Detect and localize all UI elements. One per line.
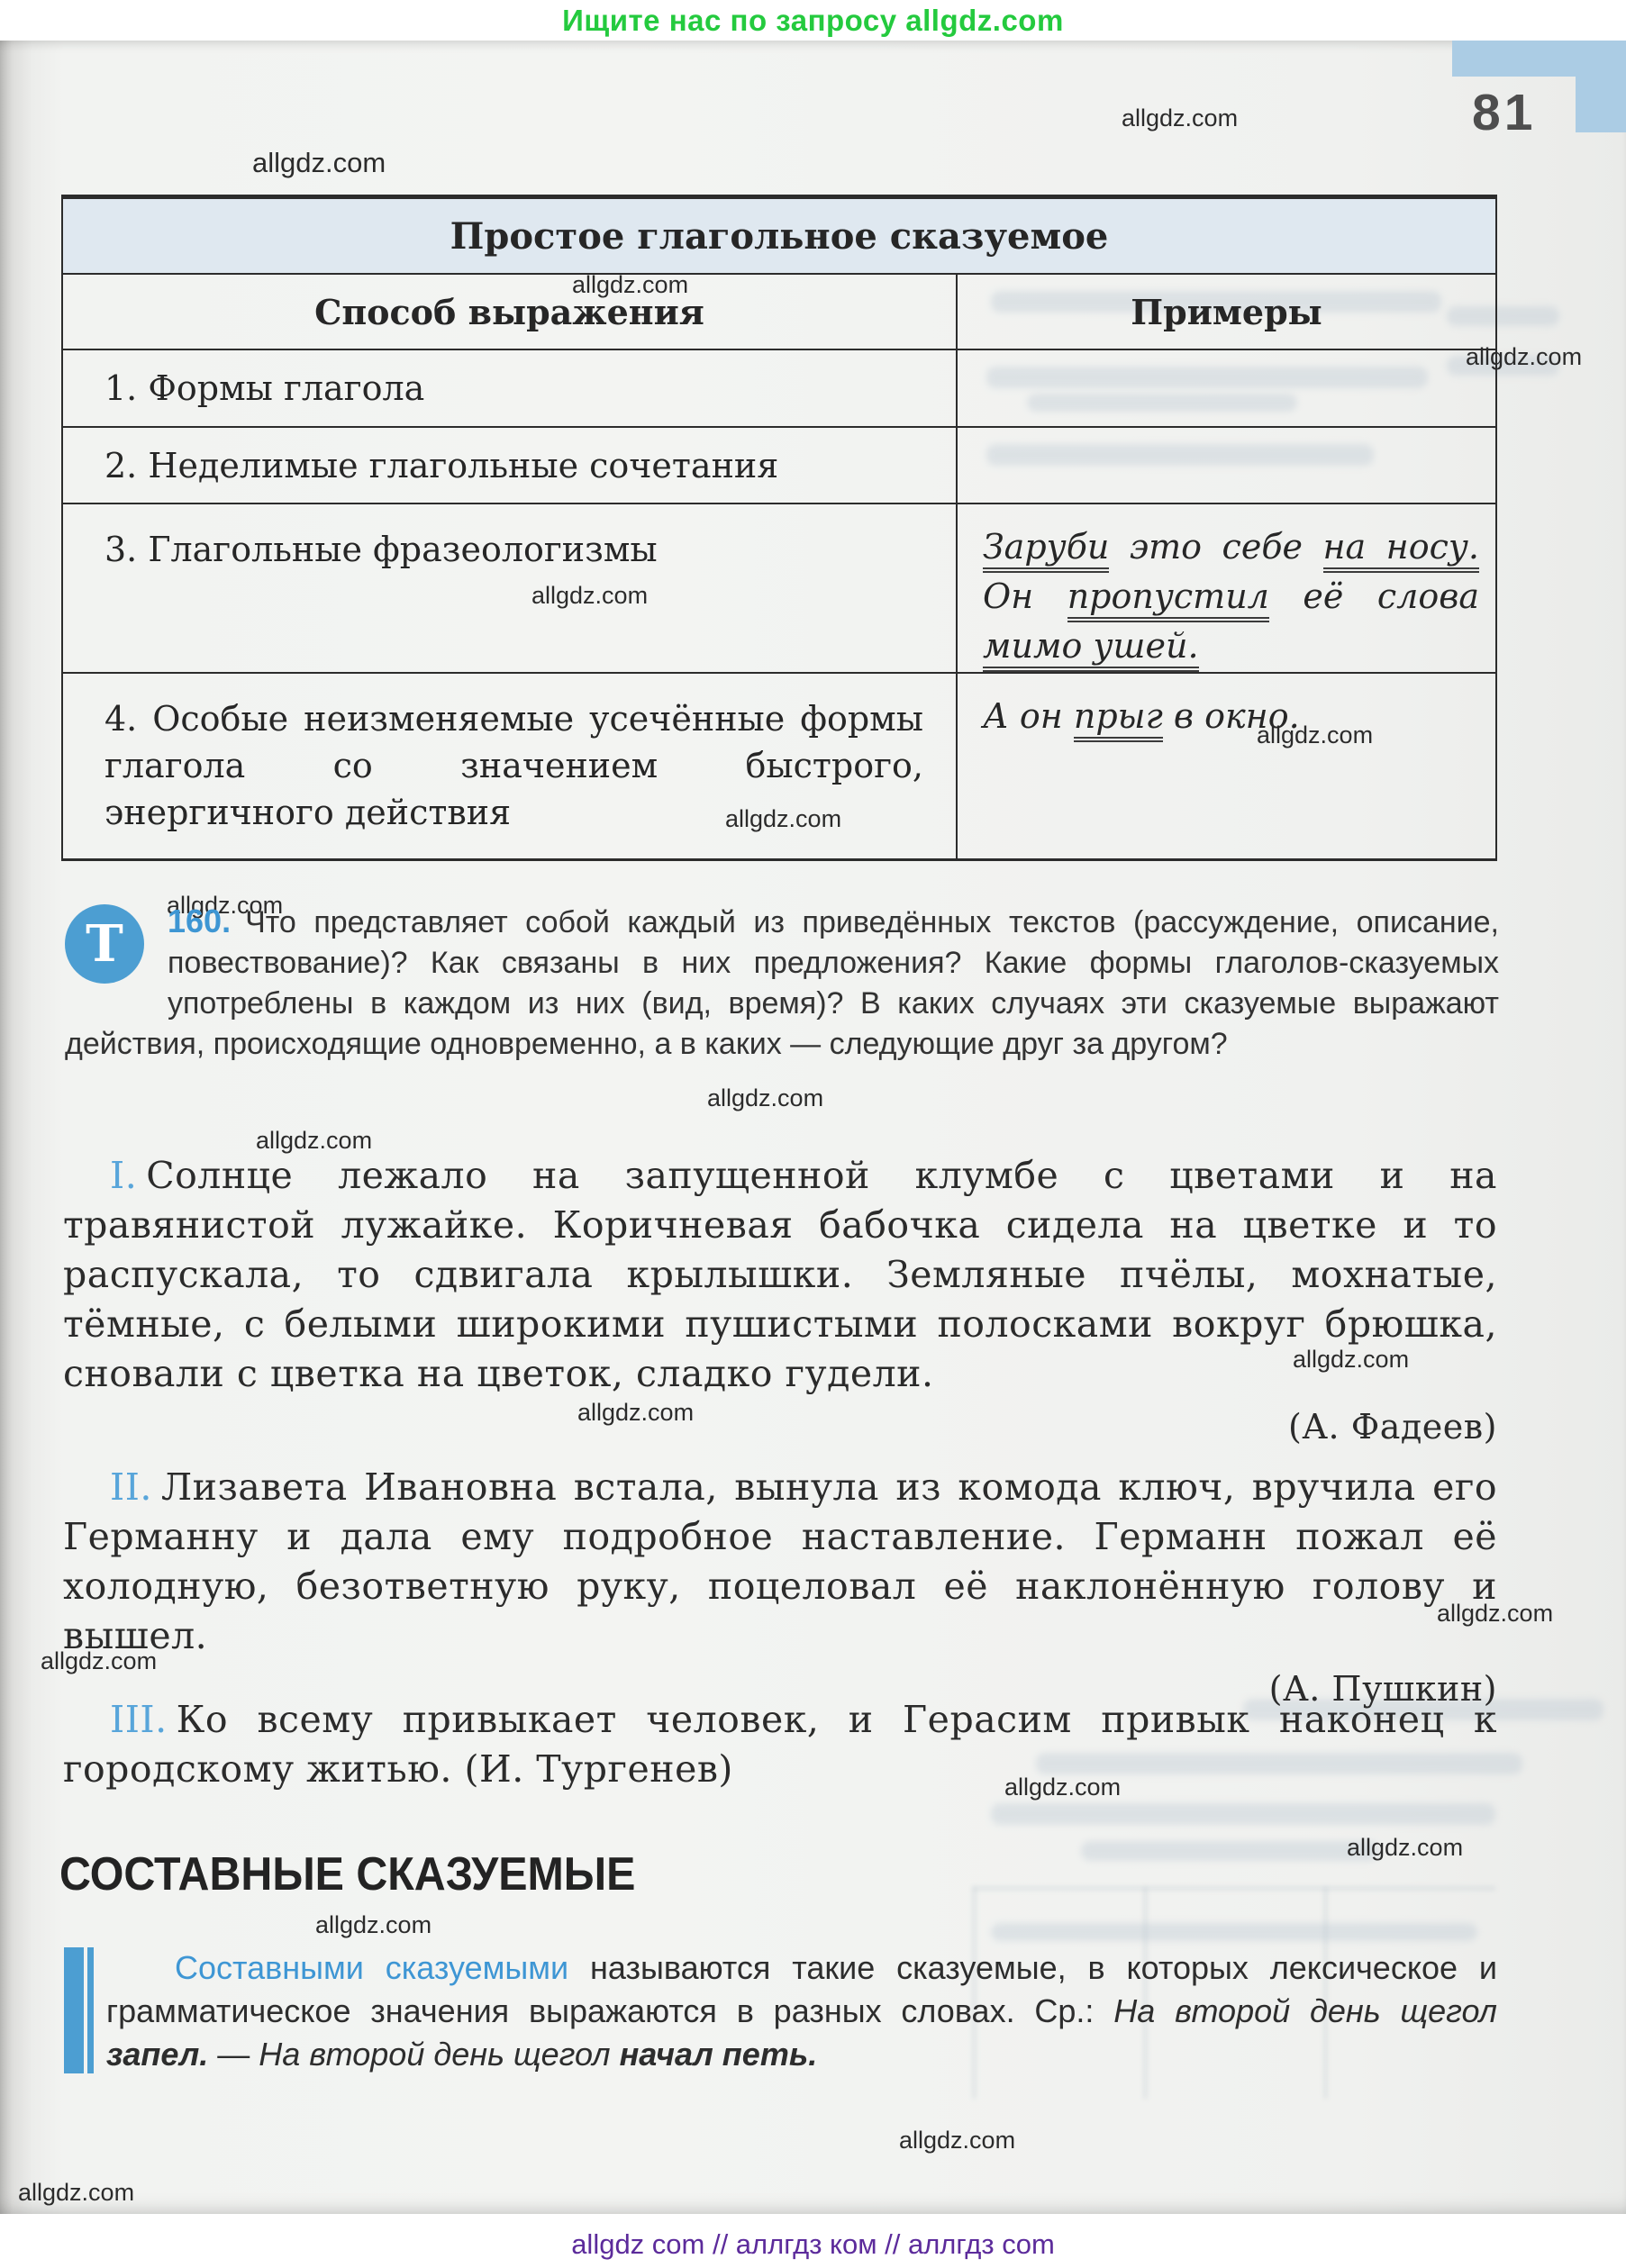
table-row: 3. Глагольные фразеологизмы Заруби это с…: [63, 504, 1495, 674]
column-header-examples: Примеры: [958, 275, 1495, 349]
exercise-number: 160.: [168, 903, 231, 939]
definition-marker-bar: [87, 1947, 94, 2073]
passage-2: II.Лизавета Ивановна встала, вынула из к…: [63, 1463, 1497, 1714]
passage-3: III.Ко всему привыкает человек, и Гераси…: [63, 1695, 1497, 1794]
exercise-160: Т 160.Что представляет собой каждый из п…: [65, 901, 1499, 1065]
simple-verbal-predicate-table: Простое глагольное сказуемое Способ выра…: [61, 195, 1497, 861]
corner-decoration: [1576, 41, 1626, 132]
example-cell: [958, 428, 1495, 503]
watermark: allgdz.com: [18, 2179, 134, 2207]
underlined-predicate: на носу.: [1323, 527, 1480, 573]
watermark: allgdz.com: [1122, 104, 1238, 132]
table-header-row: Способ выражения Примеры: [63, 275, 1495, 350]
passage-author: (А. Фадеев): [63, 1402, 1497, 1452]
watermark: allgdz.com: [899, 2127, 1015, 2155]
method-cell: 4. Особые неизменяемые усечённые формы г…: [63, 674, 958, 858]
passage-numeral: I.: [110, 1154, 137, 1197]
watermark: allgdz.com: [252, 147, 386, 179]
table-row: 4. Особые неизменяемые усечённые формы г…: [63, 674, 1495, 858]
definition-marker-bar: [64, 1947, 84, 2073]
underlined-predicate: прыг: [1074, 696, 1163, 742]
underlined-predicate: пропустил: [1067, 576, 1269, 622]
example-cell: Заруби это себе на носу. Он пропустил её…: [958, 504, 1495, 672]
page-number: 81: [1472, 83, 1536, 142]
method-cell: 2. Неделимые глагольные сочетания: [63, 428, 958, 503]
passage-text: Лизавета Ивановна встала, вынула из комо…: [63, 1465, 1497, 1657]
scanned-textbook-page: Ищите нас по запросу allgdz.com 81 allgd…: [0, 0, 1626, 2268]
underlined-predicate: мимо ушей.: [983, 626, 1199, 672]
exercise-text: Что представляет собой каждый из приведё…: [65, 905, 1499, 1061]
promo-banner-text: Ищите нас по запросу allgdz.com: [0, 4, 1626, 38]
column-header-method: Способ выражения: [63, 275, 958, 349]
example-cell: А он прыг в окно.: [958, 674, 1495, 858]
passage-text: Ко всему привыкает человек, и Герасим пр…: [63, 1698, 1497, 1791]
page-scan: 81 allgdz.com allgdz.com allgdz.com allg…: [0, 41, 1626, 2214]
section-heading: СОСТАВНЫЕ СКАЗУЕМЫЕ: [59, 1847, 635, 1901]
passage-numeral: II.: [110, 1465, 152, 1509]
definition-paragraph: Составными сказуемыми называются такие с…: [106, 1946, 1497, 2076]
method-cell: 3. Глагольные фразеологизмы: [63, 504, 958, 672]
exercise-type-icon: Т: [65, 904, 144, 984]
bleed-through-artifact: [991, 1923, 1477, 1941]
table-row: 1. Формы глагола: [63, 350, 1495, 428]
definition-term: Составными сказуемыми: [175, 1949, 568, 1986]
passage-author: (И. Тургенев): [464, 1747, 732, 1791]
table-title: Простое глагольное сказуемое: [63, 199, 1495, 275]
watermark: allgdz.com: [707, 1084, 823, 1112]
bleed-through-artifact: [973, 1887, 1495, 1890]
bleed-through-artifact: [991, 1803, 1495, 1825]
passage-text: Солнце лежало на запущенной клумбе с цве…: [63, 1154, 1497, 1395]
example-cell: [958, 350, 1495, 426]
table-row: 2. Неделимые глагольные сочетания: [63, 428, 1495, 504]
underlined-predicate: Заруби: [983, 527, 1109, 573]
bleed-through-artifact: [1081, 1841, 1378, 1861]
footer-domains: allgdz com // аллгдз ком // аллгдз com: [0, 2228, 1626, 2261]
passage-numeral: III.: [110, 1698, 168, 1741]
watermark: allgdz.com: [315, 1911, 431, 1939]
method-cell: 1. Формы глагола: [63, 350, 958, 426]
watermark: allgdz.com: [1347, 1834, 1463, 1862]
passage-1: I.Солнце лежало на запущенной клумбе с ц…: [63, 1151, 1497, 1452]
